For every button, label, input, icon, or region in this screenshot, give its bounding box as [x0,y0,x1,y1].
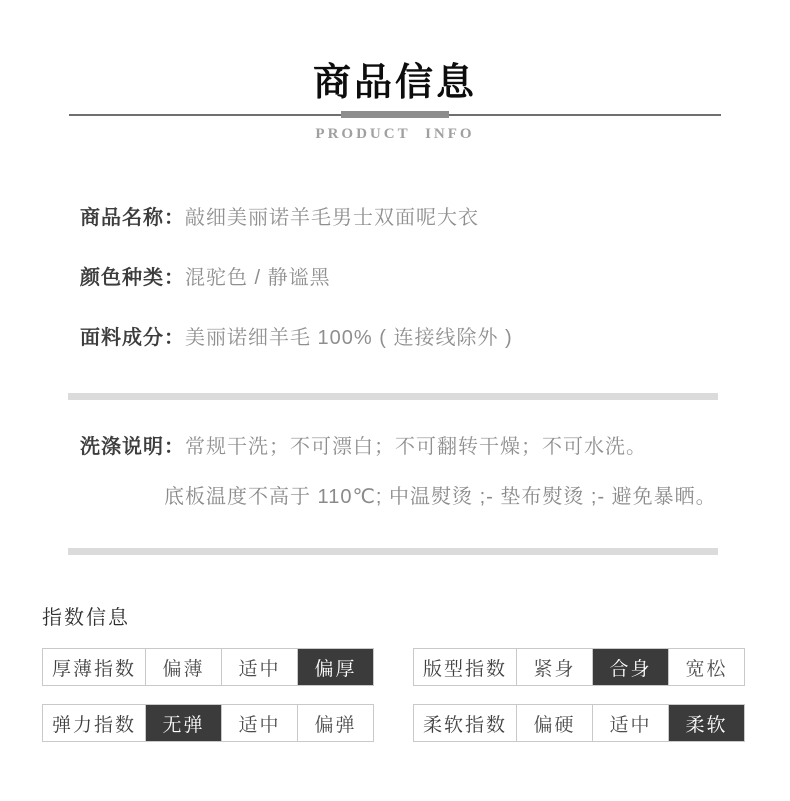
index-option: 适中 [592,705,668,741]
product-info-page: 商品信息 PRODUCT INFO 商品名称：敲细美丽诺羊毛男士双面呢大衣 颜色… [0,0,790,801]
index-tables: 厚薄指数 偏薄 适中 偏厚 版型指数 紧身 合身 宽松 弹力指数 无弹 适中 偏… [42,648,745,742]
attribute-label: 商品名称： [80,207,185,229]
attribute-label: 面料成分： [80,327,185,349]
index-table-fit: 版型指数 紧身 合身 宽松 [413,648,745,686]
attribute-value: 美丽诺细羊毛 100% ( 连接线除外 ) [185,327,513,349]
attribute-value: 混驼色 / 静谧黑 [185,267,331,289]
index-table-label: 弹力指数 [43,705,145,741]
index-table-softness: 柔软指数 偏硬 适中 柔软 [413,704,745,742]
index-option: 适中 [221,705,297,741]
index-table-label: 版型指数 [414,649,516,685]
section-divider-bottom [68,548,718,555]
index-table-label: 柔软指数 [414,705,516,741]
page-title: 商品信息 [0,60,790,106]
attribute-value: 敲细美丽诺羊毛男士双面呢大衣 [185,207,479,229]
attribute-row-fabric-composition: 面料成分：美丽诺细羊毛 100% ( 连接线除外 ) [80,323,513,353]
index-option: 宽松 [668,649,744,685]
washing-line2: 底板温度不高于 110℃; 中温熨烫 ;- 垫布熨烫 ;- 避免暴晒。 [164,482,717,512]
attribute-row-color-types: 颜色种类：混驼色 / 静谧黑 [80,263,331,293]
divider-center-bar [341,111,449,118]
index-option: 偏厚 [297,649,373,685]
section-divider-top [68,393,718,400]
index-section-heading: 指数信息 [42,604,130,632]
washing-instructions-row: 洗涤说明：常规干洗；不可漂白；不可翻转干燥；不可水洗。 [80,432,647,462]
index-option: 紧身 [516,649,592,685]
washing-line1: 常规干洗；不可漂白；不可翻转干燥；不可水洗。 [185,436,647,458]
index-table-label: 厚薄指数 [43,649,145,685]
washing-label: 洗涤说明： [80,436,185,458]
index-option: 偏弹 [297,705,373,741]
index-option: 无弹 [145,705,221,741]
index-option: 偏薄 [145,649,221,685]
title-divider [69,111,721,118]
index-table-thickness: 厚薄指数 偏薄 适中 偏厚 [42,648,374,686]
index-option: 柔软 [668,705,744,741]
index-option: 适中 [221,649,297,685]
attribute-label: 颜色种类： [80,267,185,289]
index-option: 合身 [592,649,668,685]
index-table-elasticity: 弹力指数 无弹 适中 偏弹 [42,704,374,742]
attribute-row-product-name: 商品名称：敲细美丽诺羊毛男士双面呢大衣 [80,203,479,233]
page-subtitle: PRODUCT INFO [0,126,790,143]
index-option: 偏硬 [516,705,592,741]
